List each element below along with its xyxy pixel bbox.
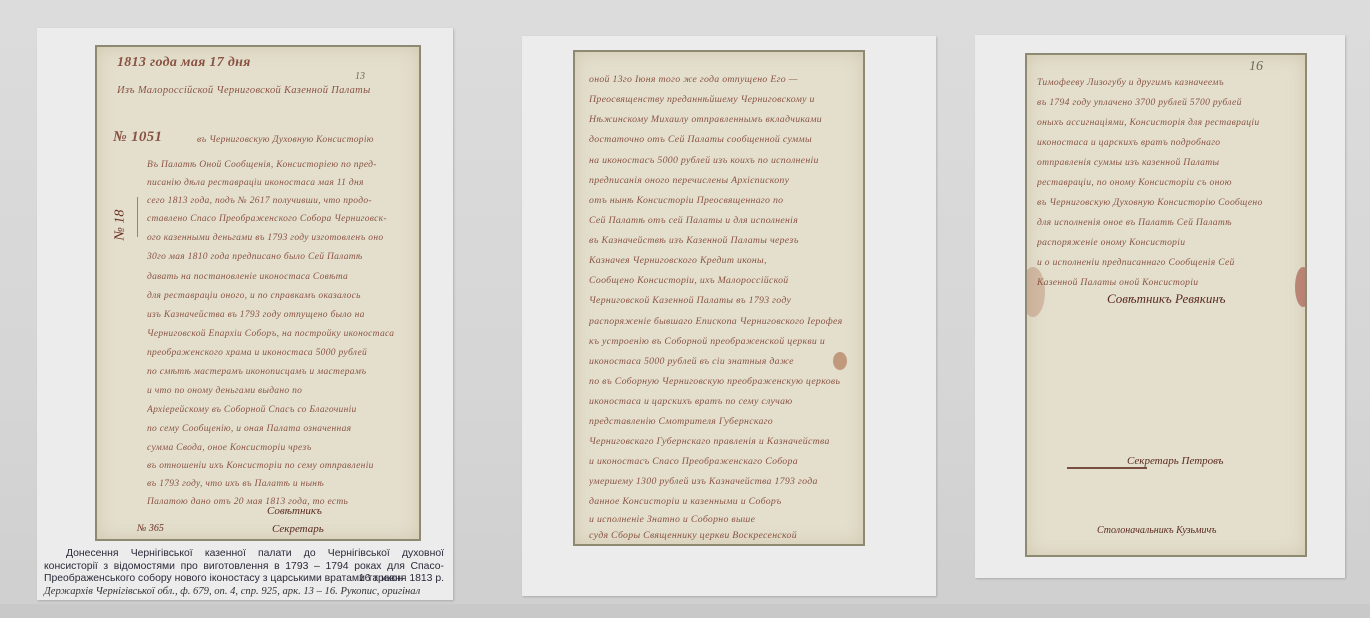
text-line: распоряженіе бывшаго Епископа Черниговск… (589, 316, 863, 327)
signature-underline (1067, 467, 1147, 469)
stain-left (1025, 267, 1045, 317)
text-line: писанію дѣла реставраціи иконостаса мая … (147, 178, 419, 188)
text-line: по смѣтѣ мастерамъ иконописцамъ и мастер… (147, 367, 419, 377)
text-line: изъ Казначейства въ 1793 году отпущено б… (147, 310, 419, 320)
text-line: Тимофееву Лизогубу и другимъ казначеемъ (1037, 77, 1305, 88)
text-line: давать на постановленіе иконостаса Совѣт… (147, 272, 419, 282)
text-line: на иконостасъ 5000 рублей изъ коихъ по и… (589, 155, 863, 166)
text-line: Сообщено Консисторіи, ихъ Малороссійской (589, 275, 863, 286)
manuscript-sheet-14-15: оной 13го Іюня того же года отпущено Его… (573, 50, 865, 546)
folio-number: 13 (355, 71, 365, 82)
text-line: Архіерейскому въ Соборной Спасъ со Благо… (147, 405, 419, 415)
text-line: для реставраціи оного, и по справкамъ ок… (147, 291, 419, 301)
text-line: и иконостасъ Спасо Преображенскаго Собор… (589, 456, 863, 467)
doc-header-from: Изъ Малороссійской Черниговской Казенной… (117, 85, 419, 96)
wall-floor-shadow (0, 604, 1370, 618)
margin-rule (137, 197, 138, 237)
text-line: оныхъ ассигнаціями, Консисторія для рест… (1037, 117, 1305, 128)
text-line: и что по оному деньгами выдано по (147, 386, 419, 396)
text-line: Черниговскаго Губернскаго правленія и Ка… (589, 436, 863, 447)
text-line: въ отношеніи ихъ Консисторіи по сему отп… (147, 461, 419, 471)
ink-stain (833, 352, 847, 370)
text-line: Въ Палатѣ Оной Сообщенія, Консисторіею п… (147, 160, 419, 170)
signature-councillor: Совѣтникъ (267, 505, 322, 517)
text-line: Черниговской Епархіи Соборъ, на постройк… (147, 329, 419, 339)
text-line: данное Консисторіи и казенными и Соборъ (589, 496, 863, 507)
text-line: въ 1793 году, что ихъ въ Палатѣ и нынѣ (147, 479, 419, 489)
text-line: въ Черниговскую Духовную Консисторію Соо… (1037, 197, 1305, 208)
folio-number: 16 (1249, 59, 1263, 75)
text-line: представленію Смотрителя Губернскаго (589, 416, 863, 427)
text-line: сумма Свода, оное Консисторіи чрезъ (147, 443, 419, 453)
text-line: и о исполненіи предписаннаго Сообщенія С… (1037, 257, 1305, 268)
text-line: Преосвященству преданнѣйшему Черниговско… (589, 94, 863, 105)
text-line: реставраціи, по оному Консисторіи съ оно… (1037, 177, 1305, 188)
signature-secretary: Секретарь (272, 523, 324, 535)
text-line: въ 1794 году уплачено 3700 рублей 5700 р… (1037, 97, 1305, 108)
text-line: Нѣжинскому Михаилу отправленнымъ вкладчи… (589, 114, 863, 125)
text-line: оной 13го Іюня того же года отпущено Его… (589, 74, 863, 85)
doc-header-addressee: въ Черниговскую Духовную Консисторію (197, 135, 419, 145)
stain-right (1295, 267, 1307, 307)
manuscript-sheet-13: 1813 года мая 17 дня 13 Изъ Малороссійск… (95, 45, 421, 541)
signature-clerk: Столоначальникъ Кузьмичъ (1097, 525, 1216, 536)
text-line: иконостаса 5000 рублей въ сіи знатныя да… (589, 356, 863, 367)
bottom-left-note: № 365 (137, 523, 164, 534)
text-line: для исполненія оное въ Палатѣ Сей Палатѣ (1037, 217, 1305, 228)
caption-source: Держархів Чернігівської обл., ф. 679, оп… (44, 586, 444, 599)
text-line: Казначея Черниговского Кредит иконы, (589, 255, 863, 266)
text-line: иконостаса и царскихъ вратъ по сему случ… (589, 396, 863, 407)
text-line: отправленія суммы изъ казенной Палаты (1037, 157, 1305, 168)
text-line: предписанія оного перечислены Архієписко… (589, 175, 863, 186)
margin-note: № 18 (112, 210, 128, 241)
text-line: отъ нынѣ Консисторіи Преосвященнаго по (589, 195, 863, 206)
text-line: Черниговской Казенной Палаты въ 1793 год… (589, 295, 863, 306)
text-line: иконостаса и царскихъ вратъ подробнаго (1037, 137, 1305, 148)
text-line: распоряженіе оному Консисторіи (1037, 237, 1305, 248)
text-line: ого казенными деньгами въ 1793 году изго… (147, 233, 419, 243)
text-line: сего 1813 года, подъ № 2617 получивши, ч… (147, 196, 419, 206)
text-line: Сей Палатѣ отъ сей Палаты и для исполнен… (589, 215, 863, 226)
text-line: по въ Соборную Черниговскую преображенск… (589, 376, 863, 387)
text-line: умершему 1300 рублей изъ Казначейства 17… (589, 476, 863, 487)
text-line: преображенского храма и иконостаса 5000 … (147, 348, 419, 358)
text-line: и исполненіе Знатно и Соборно выше (589, 514, 863, 525)
text-line: ставлено Спасо Преображенского Собора Че… (147, 214, 419, 224)
doc-header-date: 1813 года мая 17 дня (117, 55, 419, 71)
text-line: достаточно отъ Сей Палаты сообщенной сум… (589, 134, 863, 145)
text-line: судя Сборы Священнику церкви Воскресенск… (589, 530, 863, 541)
exhibit-caption: Донесення Чернігівської казенної палати … (44, 548, 444, 598)
text-line: 30го мая 1810 года предписано было Сей П… (147, 252, 419, 262)
signature-secretary: Секретарь Петровъ (1127, 455, 1223, 467)
manuscript-sheet-16: 16 Тимофееву Лизогубу и другимъ казначее… (1025, 53, 1307, 557)
text-line: по сему Сообщенію, и оная Палата означен… (147, 424, 419, 434)
signature-councillor: Совѣтникъ Ревякинъ (1107, 291, 1226, 307)
text-line: къ устроенію въ Соборной преображенской … (589, 336, 863, 347)
text-line: въ Казначействѣ изъ Казенной Палаты чере… (589, 235, 863, 246)
